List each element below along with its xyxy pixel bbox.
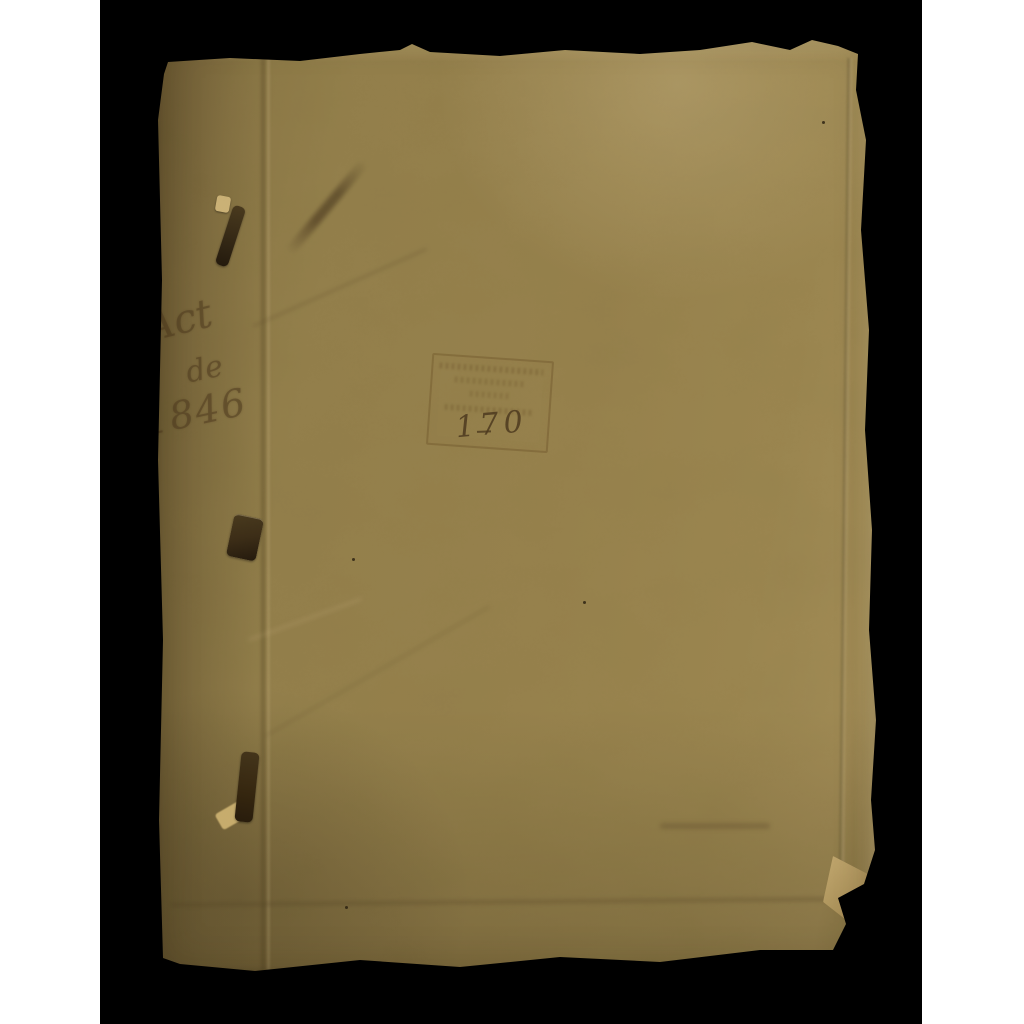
left-white-margin — [0, 0, 100, 1024]
edge-vignette — [155, 28, 880, 973]
black-backdrop: 170 Act de 1846 — [100, 0, 922, 1024]
right-white-margin — [922, 0, 1024, 1024]
vellum-book-cover: 170 Act de 1846 — [155, 28, 880, 973]
